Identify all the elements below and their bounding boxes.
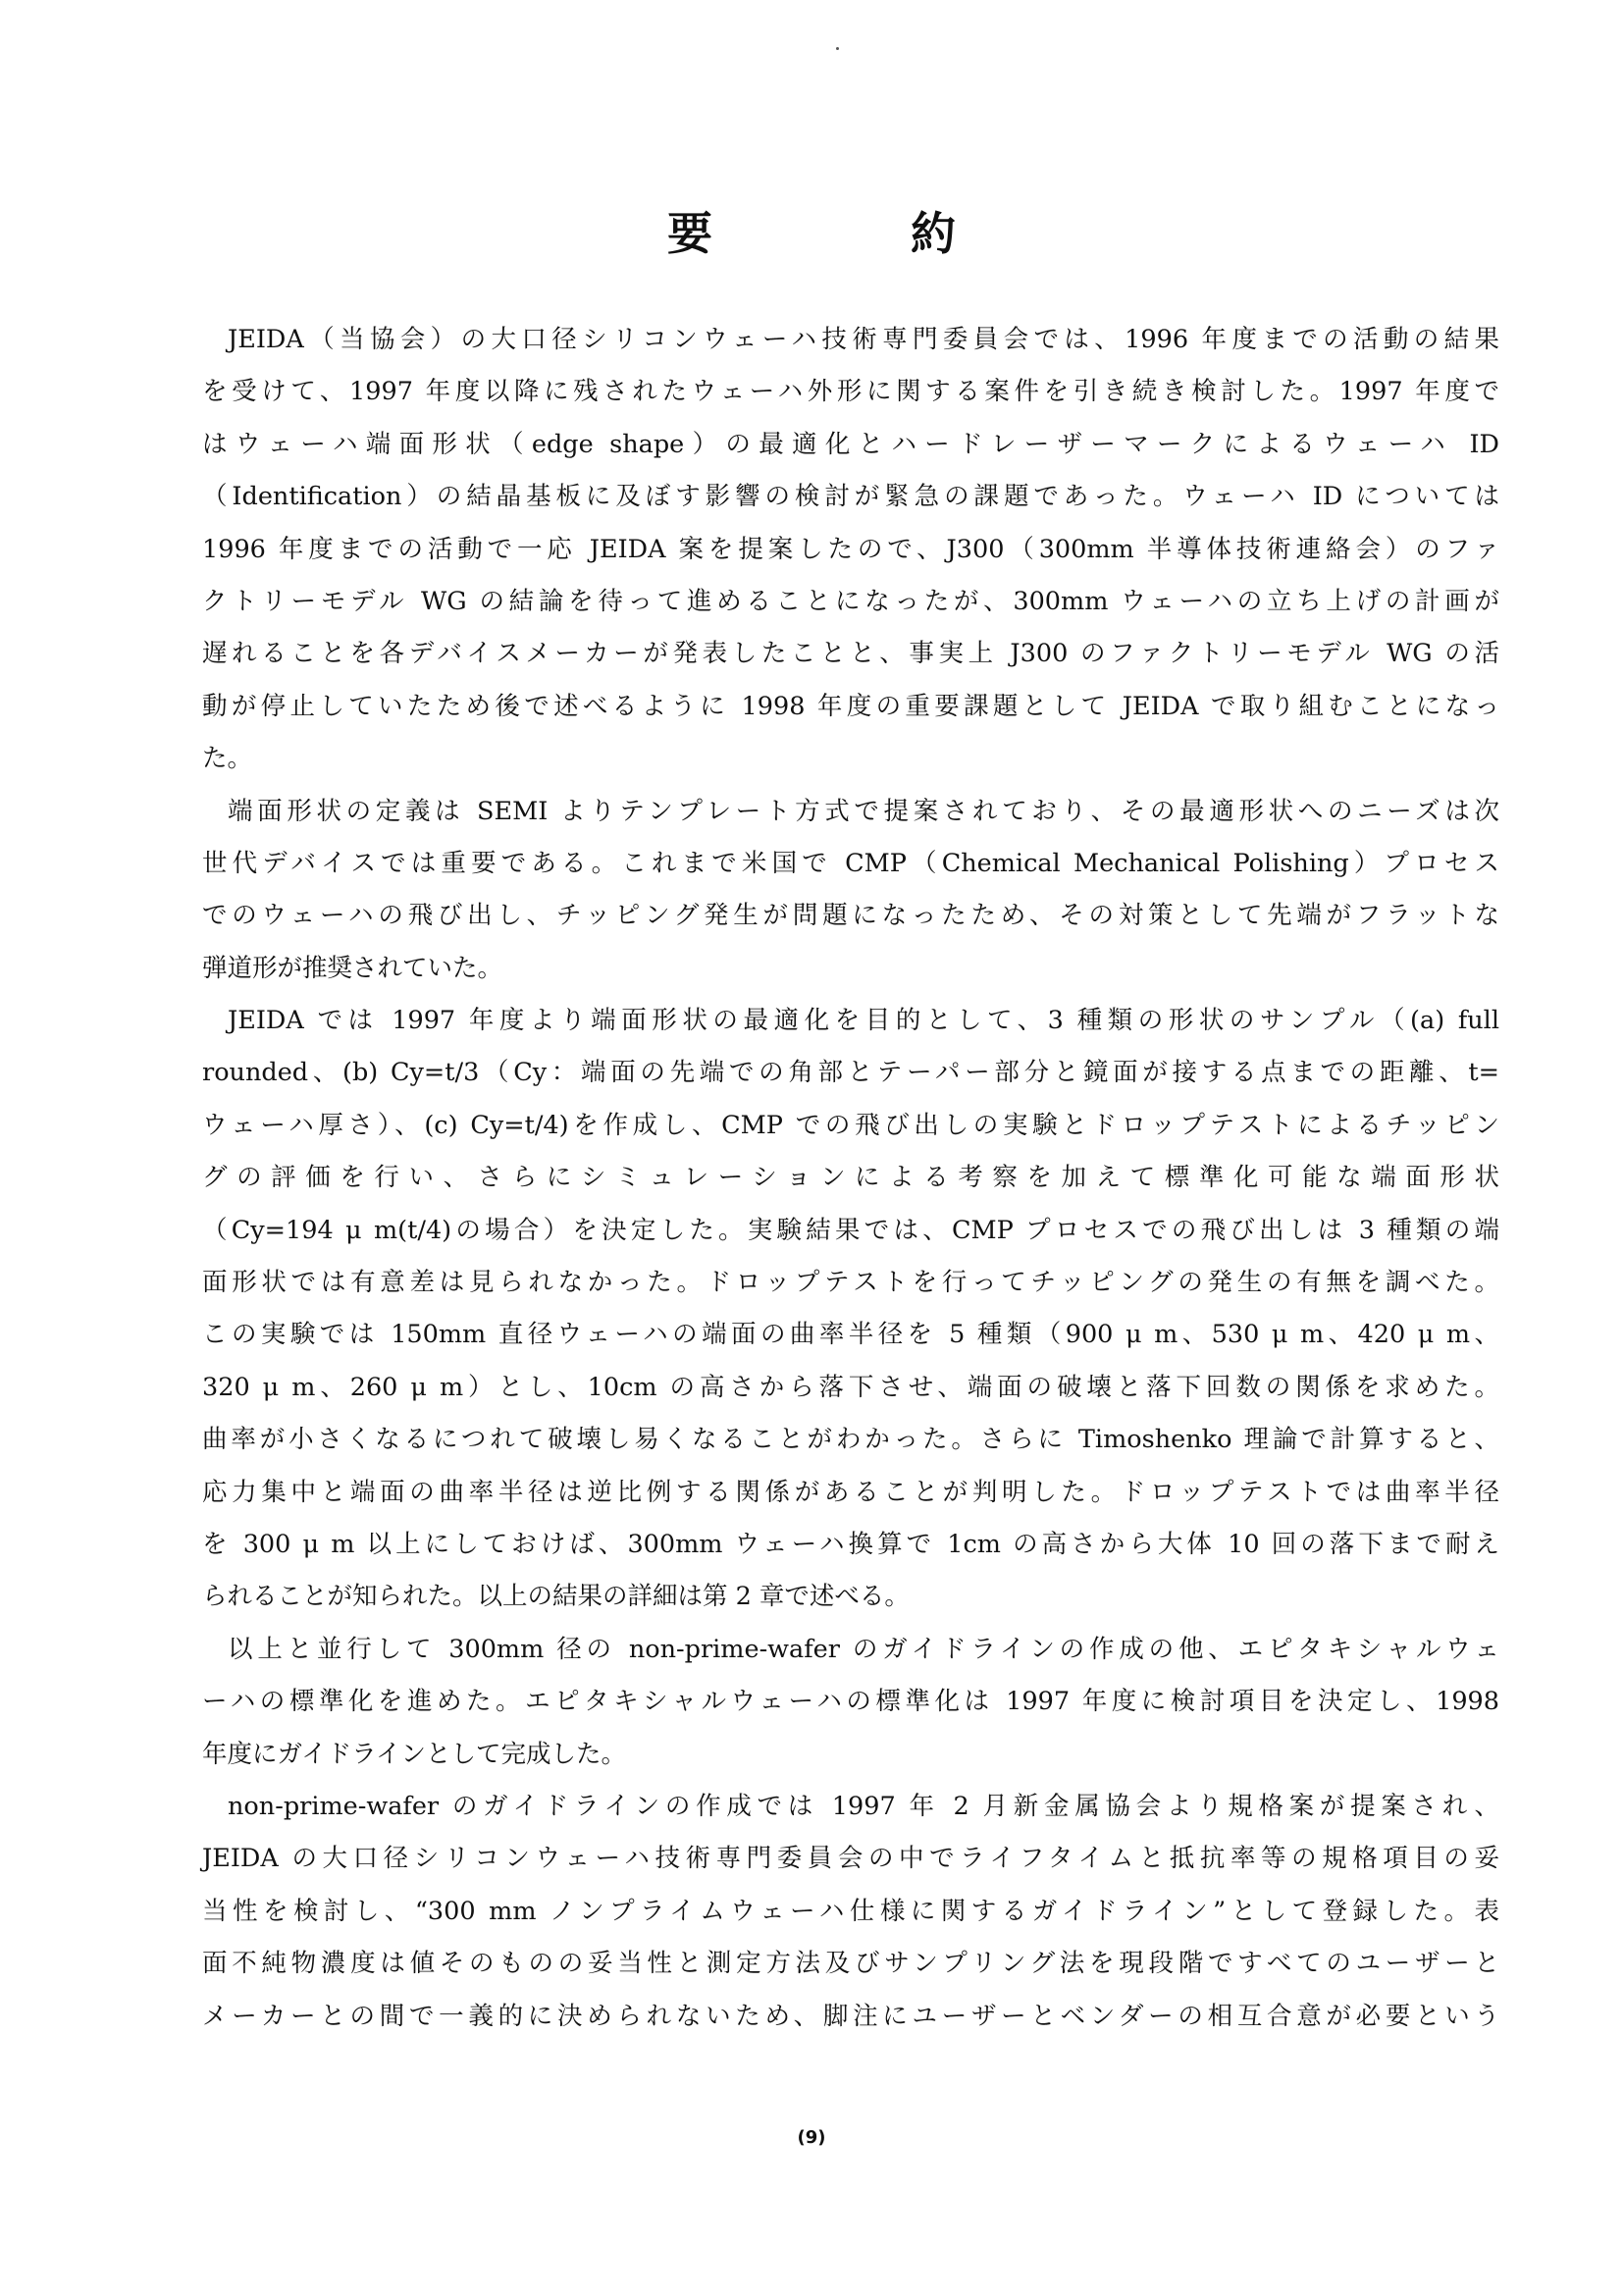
text-line: 面不純物濃度は値そのものの妥当性と測定方法及びサンプリング法を現段階ですべてのユ… — [202, 1938, 1499, 1990]
text-line: JEIDA の大口径シリコンウェーハ技術専門委員会の中でライフタイムと抵抗率等の… — [202, 1833, 1499, 1885]
text-line: られることが知られた。以上の結果の詳細は第 2 章で述べる。 — [202, 1571, 1499, 1623]
text-line: 世代デバイスでは重要である。これまで米国で CMP（Chemical Mecha… — [202, 838, 1499, 890]
text-line: クトリーモデル WG の結論を待って進めることになったが、300mm ウェーハの… — [202, 576, 1499, 628]
document-body: JEIDA（当協会）の大口径シリコンウェーハ技術専門委員会では、1996 年度ま… — [202, 314, 1499, 2043]
scan-speck — [836, 47, 839, 50]
text-line: た。 — [202, 733, 1499, 785]
text-line: 動が停止していたため後で述べるように 1998 年度の重要課題として JEIDA… — [202, 681, 1499, 733]
text-line: （Identification）の結晶基板に及ぼす影響の検討が緊急の課題であった… — [202, 471, 1499, 523]
text-line: JEIDA（当協会）の大口径シリコンウェーハ技術専門委員会では、1996 年度ま… — [202, 314, 1499, 366]
text-line: 遅れることを各デバイスメーカーが発表したことと、事実上 J300 のファクトリー… — [202, 628, 1499, 680]
text-line: 以上と並行して 300mm 径の non-prime-wafer のガイドライン… — [202, 1624, 1499, 1676]
text-line: を 300 μ m 以上にしておけば、300mm ウェーハ換算で 1cm の高さ… — [202, 1519, 1499, 1571]
text-line: 曲率が小さくなるにつれて破壊し易くなることがわかった。さらに Timoshenk… — [202, 1414, 1499, 1466]
text-line: はウェーハ端面形状（edge shape）の最適化とハードレーザーマークによるウ… — [202, 419, 1499, 471]
text-line: rounded、(b) Cy=t/3（Cy：端面の先端での角部とテーパー部分と鏡… — [202, 1047, 1499, 1099]
page-title: 要 約 — [0, 204, 1623, 263]
text-line: 320 μ m、260 μ m）とし、10cm の高さから落下させ、端面の破壊と… — [202, 1362, 1499, 1414]
text-line: non-prime-wafer のガイドラインの作成では 1997 年 2 月新… — [202, 1781, 1499, 1833]
text-line: ウェーハ厚さ）、(c) Cy=t/4)を作成し、CMP での飛び出しの実験とドロ… — [202, 1100, 1499, 1152]
text-line: を受けて、1997 年度以降に残されたウェーハ外形に関する案件を引き続き検討した… — [202, 366, 1499, 418]
text-line: でのウェーハの飛び出し、チッピング発生が問題になったため、その対策として先端がフ… — [202, 890, 1499, 942]
document-page: 要 約 JEIDA（当協会）の大口径シリコンウェーハ技術専門委員会では、1996… — [0, 0, 1623, 2296]
text-line: 1996 年度までの活動で一応 JEIDA 案を提案したので、J300（300m… — [202, 524, 1499, 576]
text-line: ーハの標準化を進めた。エピタキシャルウェーハの標準化は 1997 年度に検討項目… — [202, 1676, 1499, 1728]
text-line: メーカーとの間で一義的に決められないため、脚注にユーザーとベンダーの相互合意が必… — [202, 1991, 1499, 2043]
text-line: 年度にガイドラインとして完成した。 — [202, 1729, 1499, 1781]
text-line: JEIDA では 1997 年度より端面形状の最適化を目的として、3 種類の形状… — [202, 995, 1499, 1047]
text-line: 当性を検討し、“300 mm ノンプライムウェーハ仕様に関するガイドライン”とし… — [202, 1886, 1499, 1938]
text-line: この実験では 150mm 直径ウェーハの端面の曲率半径を 5 種類（900 μ … — [202, 1309, 1499, 1361]
text-line: 弾道形が推奨されていた。 — [202, 943, 1499, 995]
text-line: グの評価を行い、さらにシミュレーションによる考察を加えて標準化可能な端面形状 — [202, 1152, 1499, 1204]
page-number: (9) — [0, 2127, 1623, 2148]
text-line: 応力集中と端面の曲率半径は逆比例する関係があることが判明した。ドロップテストでは… — [202, 1467, 1499, 1519]
text-line: （Cy=194 μ m(t/4)の場合）を決定した。実験結果では、CMP プロセ… — [202, 1205, 1499, 1257]
text-line: 端面形状の定義は SEMI よりテンプレート方式で提案されており、その最適形状へ… — [202, 786, 1499, 838]
text-line: 面形状では有意差は見られなかった。ドロップテストを行ってチッピングの発生の有無を… — [202, 1257, 1499, 1309]
